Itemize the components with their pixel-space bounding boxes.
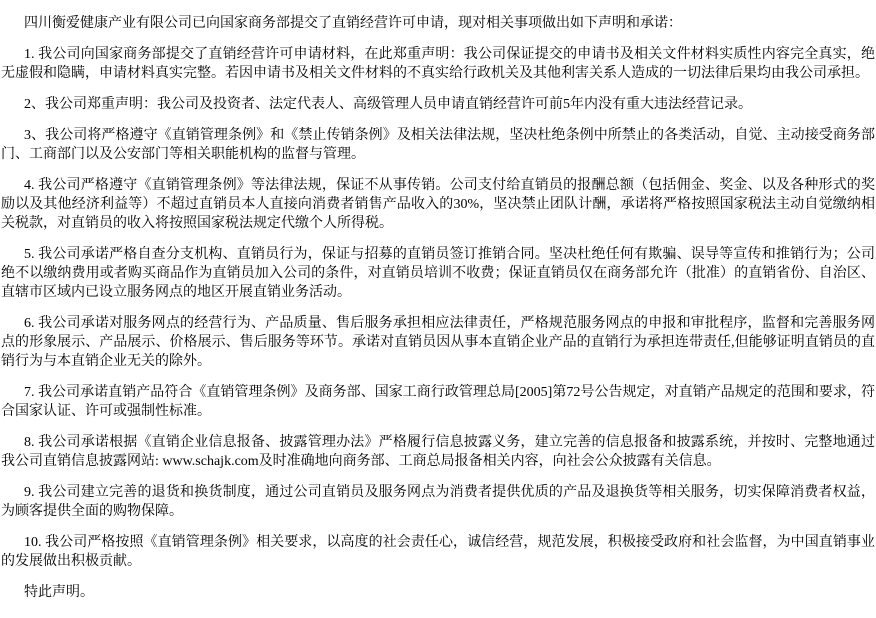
declaration-item-6: 6. 我公司承诺对服务网点的经营行为、产品质量、售后服务承担相应法律责任，严格规… — [1, 314, 875, 371]
declaration-item-9: 9. 我公司建立完善的退货和换货制度，通过公司直销员及服务网点为消费者提供优质的… — [1, 483, 875, 521]
declaration-document: 四川衡爱健康产业有限公司已向国家商务部提交了直销经营许可申请，现对相关事项做出如… — [0, 0, 876, 618]
declaration-item-4: 4. 我公司严格遵守《直销管理条例》等法律法规，保证不从事传销。公司支付给直销员… — [1, 176, 875, 233]
declaration-item-3: 3、我公司将严格遵守《直销管理条例》和《禁止传销条例》及相关法律法规，坚决杜绝条… — [1, 126, 875, 164]
closing-statement: 特此声明。 — [1, 583, 875, 602]
declaration-item-8: 8. 我公司承诺根据《直销企业信息报备、披露管理办法》严格履行信息披露义务，建立… — [1, 433, 875, 471]
declaration-item-2: 2、我公司郑重声明：我公司及投资者、法定代表人、高级管理人员申请直销经营许可前5… — [1, 95, 875, 114]
declaration-item-7: 7. 我公司承诺直销产品符合《直销管理条例》及商务部、国家工商行政管理总局[20… — [1, 383, 875, 421]
declaration-item-10: 10. 我公司严格按照《直销管理条例》相关要求，以高度的社会责任心，诚信经营，规… — [1, 533, 875, 571]
declaration-item-1: 1. 我公司向国家商务部提交了直销经营许可申请材料，在此郑重声明：我公司保证提交… — [1, 45, 875, 83]
document-page: { "doc": { "company_name": "四川衡爱健康产业有限公司… — [0, 0, 876, 618]
declaration-item-5: 5. 我公司承诺严格自查分支机构、直销员行为，保证与招募的直销员签订推销合同。坚… — [1, 245, 875, 302]
intro-paragraph: 四川衡爱健康产业有限公司已向国家商务部提交了直销经营许可申请，现对相关事项做出如… — [1, 14, 875, 33]
